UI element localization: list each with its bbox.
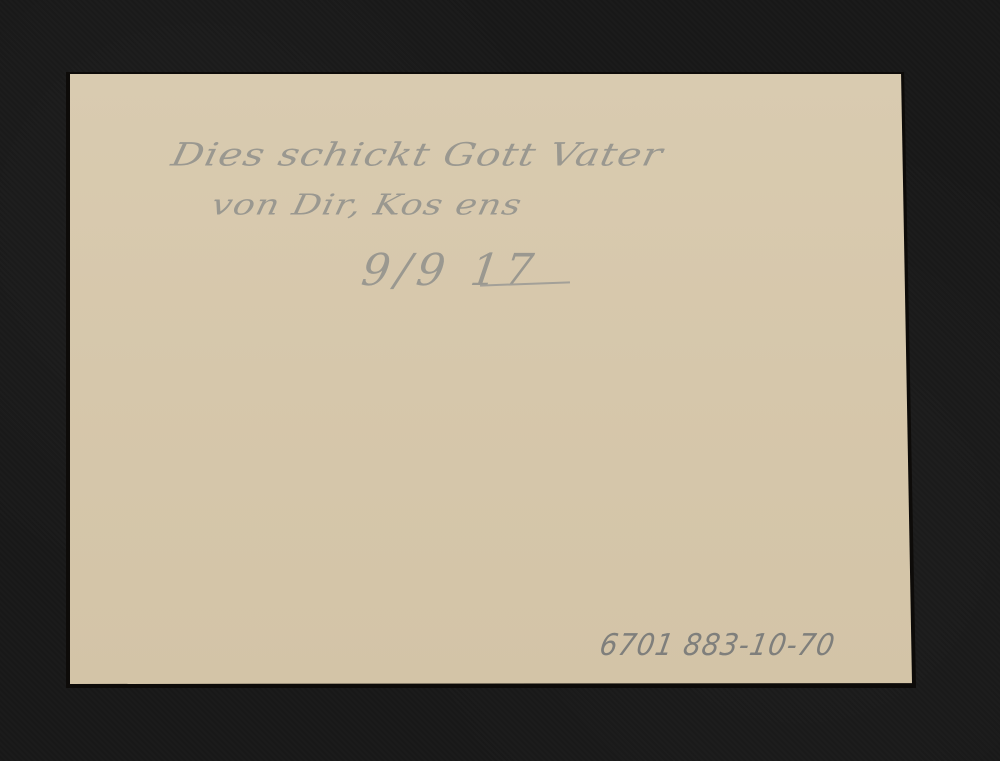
handwritten-line-2: von Dir, Kos ens: [209, 189, 526, 222]
handwritten-line-1: Dies schickt Gott Vater: [168, 137, 666, 174]
handwritten-date: 9/9 17: [358, 245, 542, 296]
catalog-number: 6701 883-10-70: [597, 628, 838, 663]
